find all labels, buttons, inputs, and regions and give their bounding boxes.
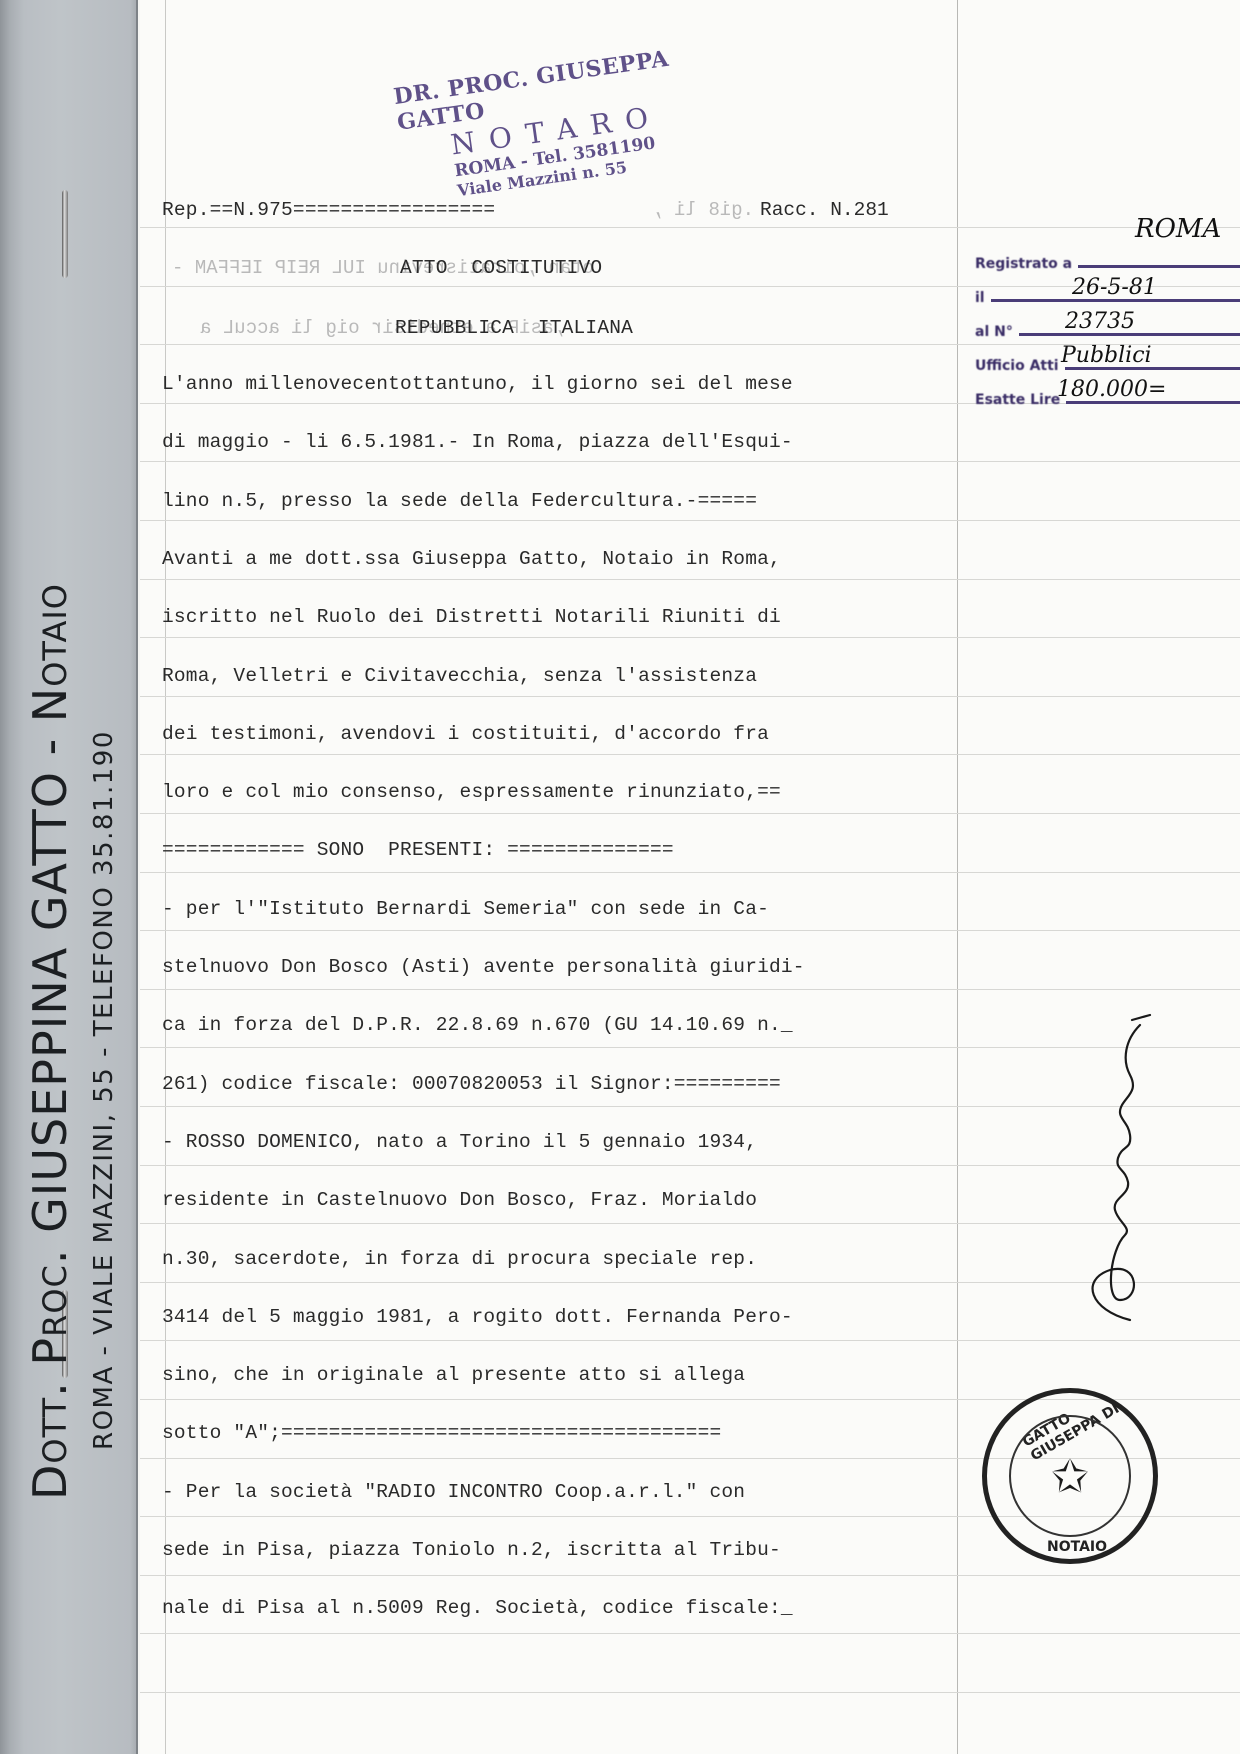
- ruled-line: [140, 989, 1240, 990]
- ruled-line: [140, 637, 1240, 638]
- registration-label: il: [975, 290, 985, 306]
- ruled-line: [140, 930, 1240, 931]
- star-icon: ✩: [1051, 1444, 1090, 1508]
- staple: [62, 190, 68, 278]
- registration-value: 26-5-81: [1072, 275, 1157, 300]
- registration-value: 180.000=: [1057, 377, 1166, 402]
- document-line: loro e col mio consenso, espressamente r…: [162, 780, 962, 804]
- cover-title: Dott. Proc. GIUSEPPINA GATTO - Notaio: [22, 583, 78, 1500]
- registration-field: al N°23735: [975, 306, 1240, 340]
- ruled-line: [140, 1633, 1240, 1634]
- document-line: L'anno millenovecentottantuno, il giorno…: [162, 372, 962, 396]
- document-line: ============ SONO PRESENTI: ============…: [162, 838, 962, 862]
- notary-seal: GATTO GIUSEPPA DI NOTAIO ✩: [982, 1388, 1158, 1564]
- registration-field: il26-5-81: [975, 272, 1240, 306]
- ruled-line: [140, 520, 1240, 521]
- registration-field: Registrato a: [975, 238, 1240, 272]
- document-line: ca in forza del D.P.R. 22.8.69 n.670 (GU…: [162, 1013, 962, 1037]
- document-line: sede in Pisa, piazza Toniolo n.2, iscrit…: [162, 1538, 962, 1562]
- registration-field: Esatte Lire180.000=: [975, 374, 1240, 408]
- cover-label: Dott. Proc. GIUSEPPINA GATTO - Notaio RO…: [22, 583, 122, 1500]
- document-line: lino n.5, presso la sede della Federcult…: [162, 489, 962, 513]
- ruled-line: [140, 579, 1240, 580]
- ruled-line: [140, 227, 1240, 228]
- document-line: dei testimoni, avendovi i costituiti, d'…: [162, 722, 962, 746]
- ruled-line: [140, 1575, 1240, 1576]
- ruled-line: [140, 872, 1240, 873]
- document-line: - ROSSO DOMENICO, nato a Torino il 5 gen…: [162, 1130, 962, 1154]
- registration-stamp: Registrato ail26-5-81al N°23735Ufficio A…: [975, 238, 1240, 408]
- document-line: n.30, sacerdote, in forza di procura spe…: [162, 1247, 962, 1271]
- registration-value: Pubblici: [1061, 343, 1152, 368]
- document-line: di maggio - li 6.5.1981.- In Roma, piazz…: [162, 430, 962, 454]
- document-line: - per l'"Istituto Bernardi Semeria" con …: [162, 897, 962, 921]
- document-line: nale di Pisa al n.5009 Reg. Società, cod…: [162, 1596, 962, 1620]
- document-line: 261) codice fiscale: 00070820053 il Sign…: [162, 1072, 962, 1096]
- signature: [1070, 1000, 1170, 1330]
- registration-value: 23735: [1065, 309, 1135, 334]
- document-line: iscritto nel Ruolo dei Distretti Notaril…: [162, 605, 962, 629]
- ruled-line: [140, 1340, 1240, 1341]
- seal-text: NOTAIO: [1047, 1539, 1107, 1555]
- ruled-line: [140, 696, 1240, 697]
- document-line: 3414 del 5 maggio 1981, a rogito dott. F…: [162, 1305, 962, 1329]
- cover-spine: Dott. Proc. GIUSEPPINA GATTO - Notaio RO…: [0, 0, 138, 1754]
- registration-label: Esatte Lire: [975, 392, 1060, 408]
- registration-label: al N°: [975, 324, 1013, 340]
- document-subtitle: REPUBBLICA ITALIANA: [395, 316, 715, 340]
- cover-address: ROMA - VIALE MAZZINI, 55 - TELEFONO 35.8…: [86, 583, 122, 1450]
- registration-underline: [1078, 265, 1240, 268]
- document-line: sino, che in originale al presente atto …: [162, 1363, 962, 1387]
- document-line: Roma, Velletri e Civitavecchia, senza l'…: [162, 664, 962, 688]
- registration-label: Ufficio Atti: [975, 358, 1059, 374]
- ruled-line: [140, 754, 1240, 755]
- registration-field: Ufficio AttiPubblici: [975, 340, 1240, 374]
- document-line: residente in Castelnuovo Don Bosco, Fraz…: [162, 1188, 962, 1212]
- ruled-line: [140, 813, 1240, 814]
- document-line: - Per la società "RADIO INCONTRO Coop.a.…: [162, 1480, 962, 1504]
- registration-label: Registrato a: [975, 256, 1072, 272]
- ruled-line: [140, 1692, 1240, 1693]
- document-line: stelnuovo Don Bosco (Asti) avente person…: [162, 955, 962, 979]
- document-line: Avanti a me dott.ssa Giuseppa Gatto, Not…: [162, 547, 962, 571]
- seal-emblem: ✩: [1009, 1415, 1131, 1537]
- racc-number: Racc. N.281: [760, 198, 889, 222]
- document-line: sotto "A";==============================…: [162, 1421, 962, 1445]
- document-title: ATTO COSTITUTIVO: [400, 256, 700, 280]
- bleed-through-text: .gi8 li ,: [640, 198, 754, 222]
- ruled-line: [140, 461, 1240, 462]
